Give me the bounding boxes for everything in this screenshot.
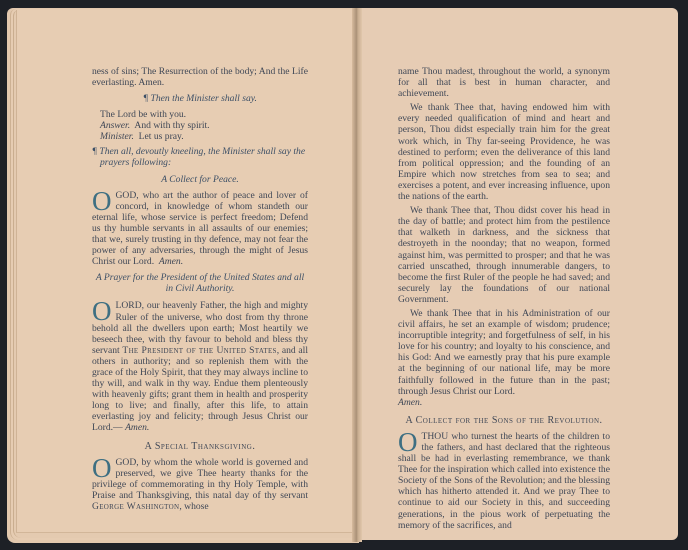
- book-spread: ness of sins; The Resurrection of the bo…: [0, 0, 688, 550]
- drop-cap: O: [92, 458, 112, 479]
- creed-ending: ness of sins; The Resurrection of the bo…: [92, 66, 308, 88]
- rubric-kneeling: ¶ Then all, devoutly kneeling, the Minis…: [92, 146, 308, 168]
- collect-sons-text: O THOU who turnest the hearts of the chi…: [398, 431, 610, 531]
- right-page-text: name Thou madest, throughout the world, …: [398, 66, 610, 534]
- prayer-president-heading: A Prayer for the President of the United…: [92, 272, 308, 294]
- collect-peace-heading: A Collect for Peace.: [92, 174, 308, 185]
- collect-peace-text: O GOD, who art the author of peace and l…: [92, 190, 308, 268]
- amen: Amen.: [398, 397, 610, 408]
- versicle: Answer. And with thy spirit.: [100, 120, 308, 131]
- book-gutter: [352, 8, 362, 542]
- drop-cap: O: [92, 191, 112, 212]
- special-thanksgiving-heading: A Special Thanksgiving.: [92, 441, 308, 452]
- drop-cap: O: [398, 432, 418, 453]
- thanksgiving-paragraph: We thank Thee that, having endowed him w…: [398, 102, 610, 202]
- versicle: Minister. Let us pray.: [100, 131, 308, 142]
- collect-sons-heading: A Collect for the Sons of the Revolution…: [398, 415, 610, 426]
- thanksgiving-paragraph: We thank Thee that, Thou didst cover his…: [398, 205, 610, 305]
- drop-cap: O: [92, 301, 112, 322]
- rubric-minister-say: ¶ Then the Minister shall say.: [92, 93, 308, 104]
- thanksgiving-paragraph: We thank Thee that in his Administration…: [398, 308, 610, 397]
- thanksgiving-continued: name Thou madest, throughout the world, …: [398, 66, 610, 99]
- versicle: The Lord be with you.: [100, 109, 308, 120]
- left-page-text: ness of sins; The Resurrection of the bo…: [92, 66, 308, 515]
- special-thanksgiving-text: O GOD, by whom the whole world is govern…: [92, 457, 308, 512]
- versicles: The Lord be with you. Answer. And with t…: [92, 109, 308, 142]
- prayer-president-text: O LORD, our heavenly Father, the high an…: [92, 300, 308, 433]
